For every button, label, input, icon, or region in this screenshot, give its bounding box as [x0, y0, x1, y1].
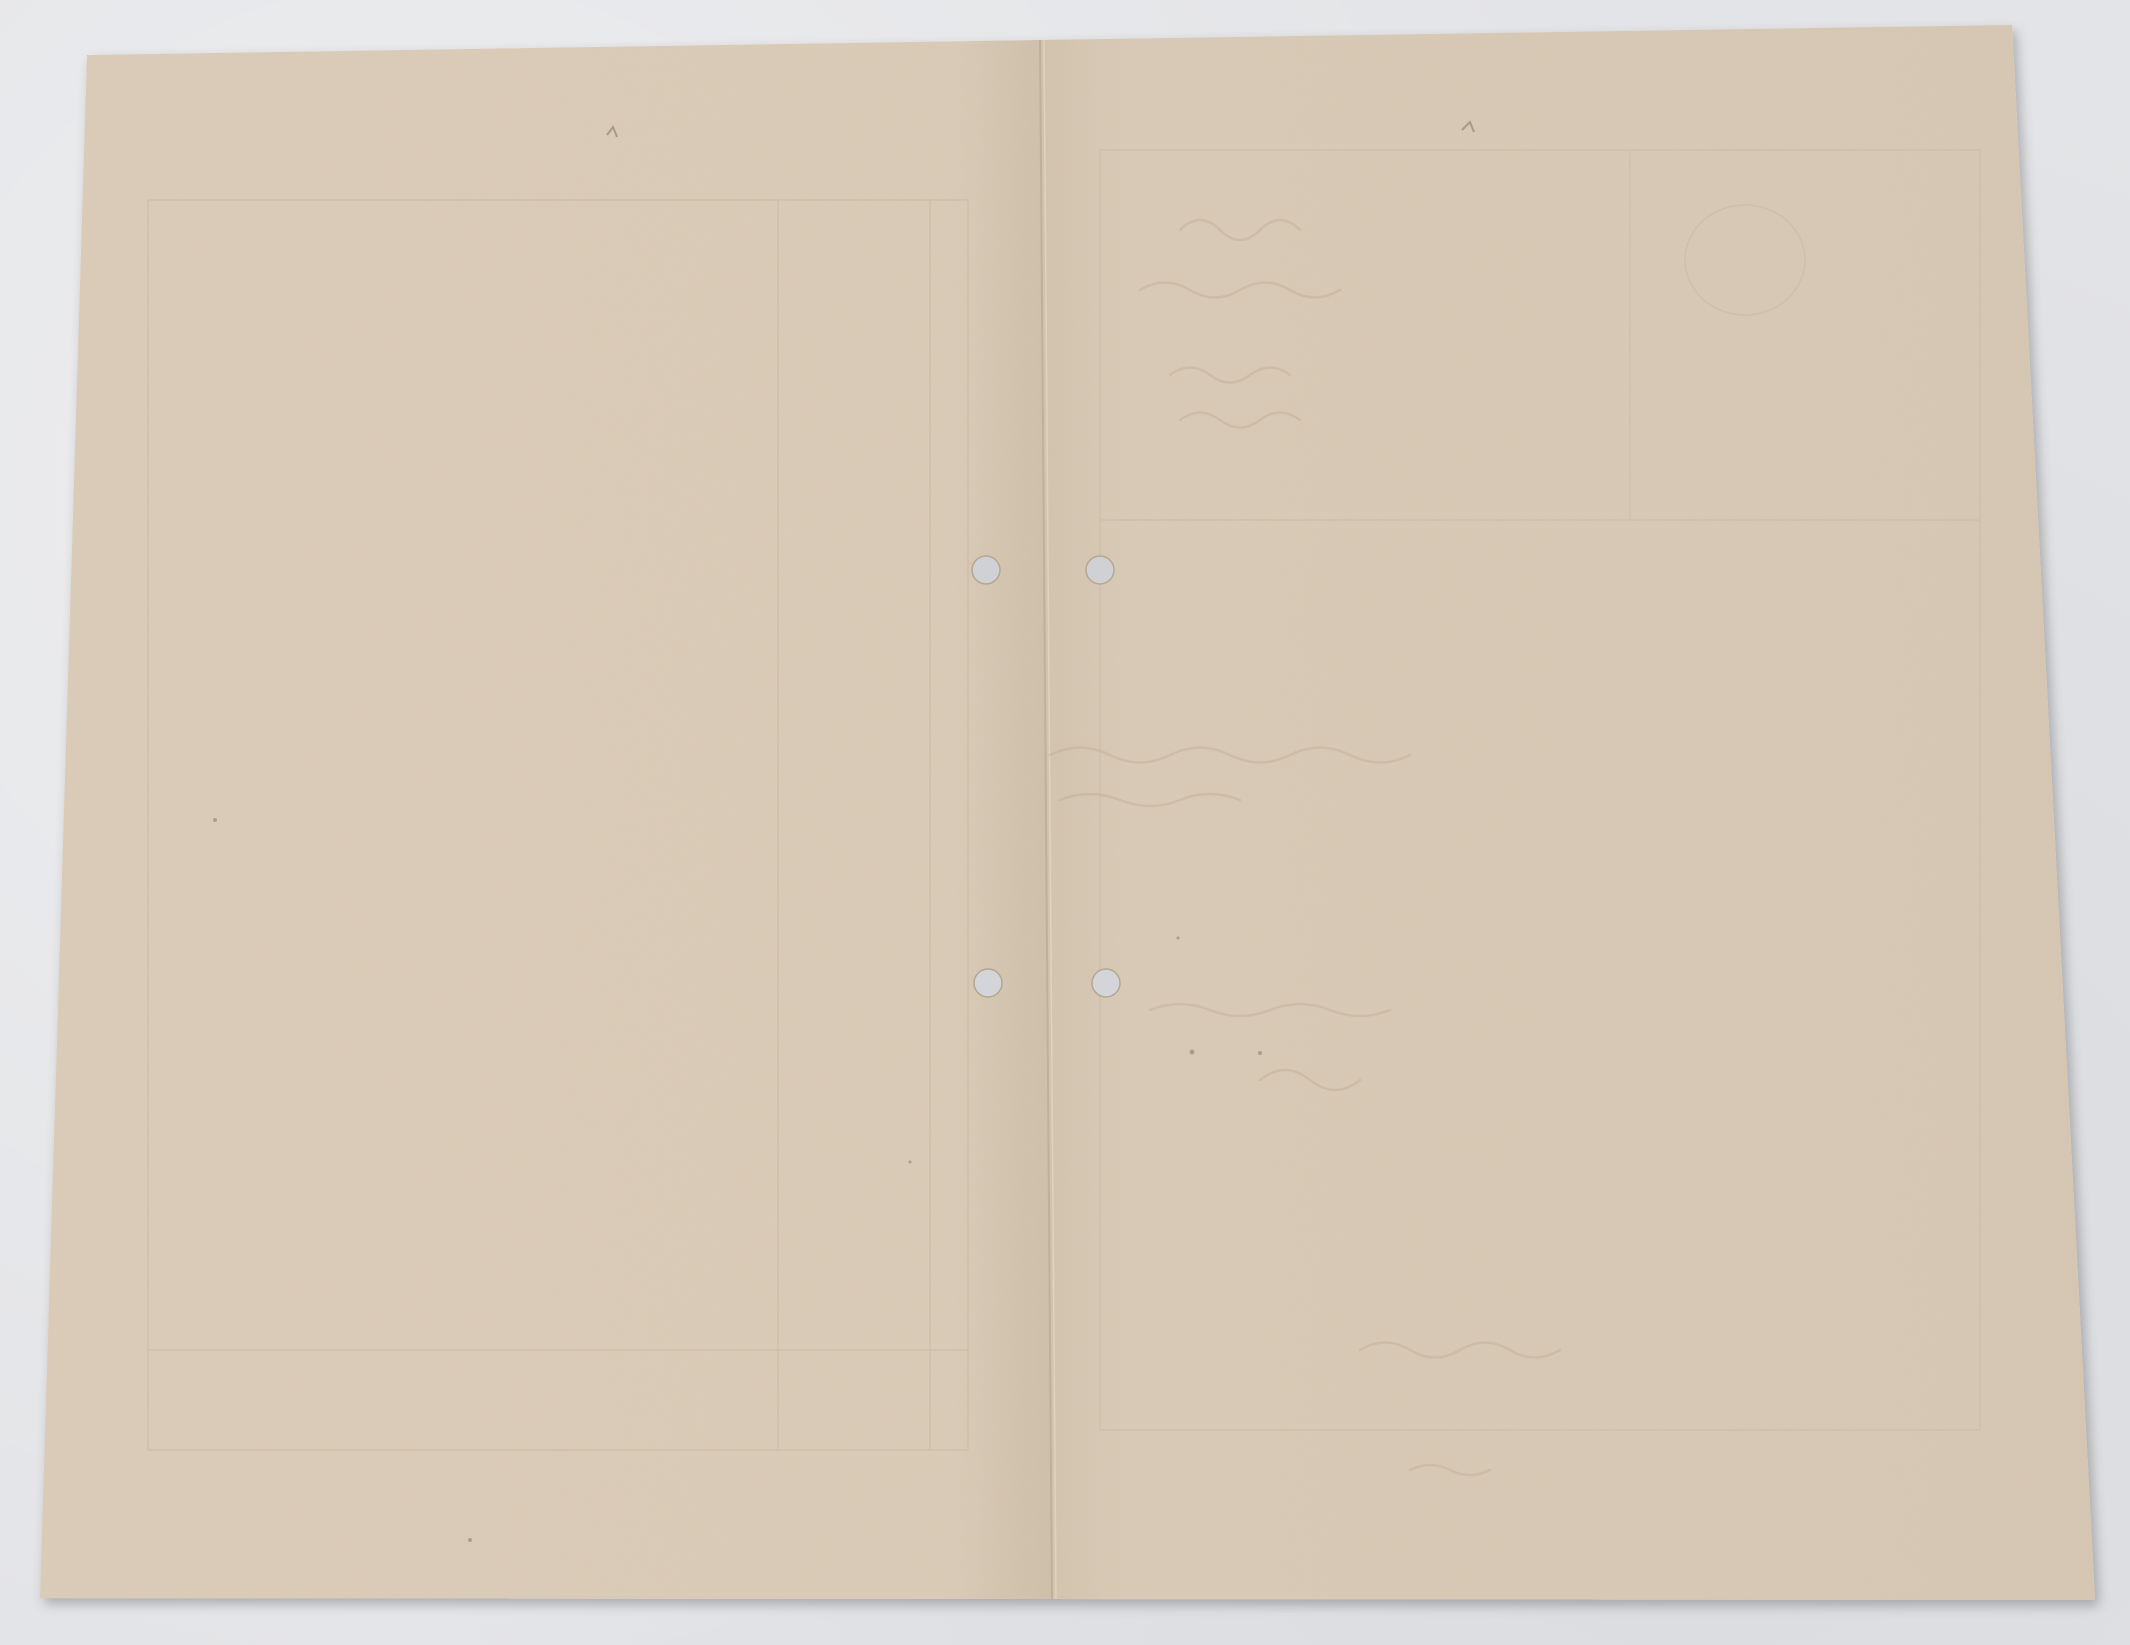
- punch-hole: [974, 969, 1002, 997]
- punch-hole: [972, 556, 1000, 584]
- paper-texture: [40, 25, 2095, 1600]
- document-photo: [0, 0, 2130, 1645]
- punch-hole: [1086, 556, 1114, 584]
- punch-hole: [1092, 969, 1120, 997]
